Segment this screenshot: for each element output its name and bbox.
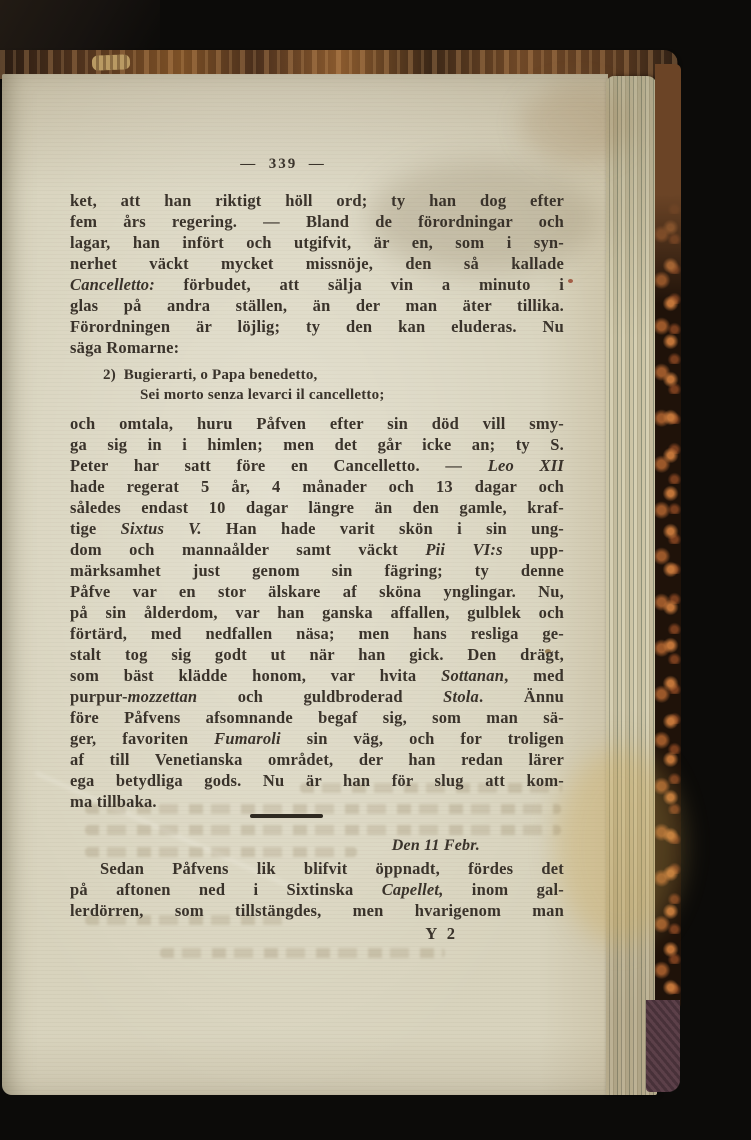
marbled-cover-edge — [655, 64, 681, 1008]
page-fore-edge-stack — [606, 76, 657, 1095]
text-line: ger, favoriten Fumaroli sin väg, och for… — [70, 728, 564, 749]
text-line: märksamhet just genom sin fägring; ty de… — [70, 560, 564, 581]
text-line: Sedan Påfvens lik blifvit öppnadt, förde… — [70, 858, 564, 879]
text-line: som bäst klädde honom, var hvita Sottana… — [70, 665, 564, 686]
text-line: af till Venetianska området, der han red… — [70, 749, 564, 770]
text-line: glas på andra ställen, än der man äter t… — [70, 295, 564, 316]
photograph-of-book: — 339 — ket, att han riktigt höll ord; t… — [0, 0, 751, 1140]
text-block: — 339 — ket, att han riktigt höll ord; t… — [70, 152, 564, 945]
text-line: stalt tog sig godt ut när han gick. Den … — [70, 644, 564, 665]
text-line: purpur-mozzettan och guldbroderad Stola.… — [70, 686, 564, 707]
text-line: ga sig in i himlen; men det går icke an;… — [70, 434, 564, 455]
text-line: således endast 10 dagar längre än den ga… — [70, 497, 564, 518]
paragraph-leo-xii: och omtala, huru Påfven efter sin död vi… — [70, 413, 564, 812]
text-line: lagar, han infört och utgifvit, är en, s… — [70, 232, 564, 253]
book-headband — [92, 54, 131, 70]
text-line: Peter har satt före en Cancelletto. — Le… — [70, 455, 564, 476]
text-line: och omtala, huru Påfven efter sin död vi… — [70, 413, 564, 434]
text-line: fem års regering. — Bland de förordninga… — [70, 211, 564, 232]
text-line: på sin ålderdom, var han ganska affallen… — [70, 602, 564, 623]
book-spine-corner — [0, 0, 160, 54]
text-line: hade regerat 5 år, 4 månader och 13 daga… — [70, 476, 564, 497]
section-divider-rule — [250, 814, 323, 818]
ink-speck — [568, 279, 573, 283]
text-line: säga Romarne: — [70, 337, 564, 358]
text-line: 2) Bugierarti, o Papa benedetto, — [103, 365, 564, 385]
text-line: dom och mannaålder samt väckt Pii VI:s u… — [70, 539, 564, 560]
page-number-header: — 339 — — [70, 152, 496, 176]
text-line: före Påfvens afsomnande begaf sig, som m… — [70, 707, 564, 728]
signature-mark: Y 2 — [70, 923, 564, 945]
text-line: lerdörren, som tillstängdes, men hvarige… — [70, 900, 564, 921]
text-line: Påfve var en stor älskare af sköna yngli… — [70, 581, 564, 602]
text-line: förtärd, med nedfallen näsa; men hans re… — [70, 623, 564, 644]
text-line: Cancelletto: förbudet, att sälja vin a m… — [70, 274, 564, 295]
text-line: nerhet väckt mycket missnöje, den så kal… — [70, 253, 564, 274]
text-line: tige Sixtus V. Han hade varit skön i sin… — [70, 518, 564, 539]
verse-pasquinade: 2) Bugierarti, o Papa benedetto,Sei mort… — [103, 365, 564, 405]
paragraph-cancelletto: ket, att han riktigt höll ord; ty han do… — [70, 190, 564, 358]
show-through-line — [160, 948, 445, 958]
text-line: på aftonen ned i Sixtinska Capellet, ino… — [70, 879, 564, 900]
date-heading: Den 11 Febr. — [70, 836, 564, 856]
text-line: ma tillbaka. — [70, 791, 564, 812]
text-line: ket, att han riktigt höll ord; ty han do… — [70, 190, 564, 211]
cloth-cover-corner — [646, 1000, 680, 1092]
text-line: Sei morto senza levarci il cancelletto; — [140, 385, 564, 405]
paragraph-11-feb: Sedan Påfvens lik blifvit öppnadt, förde… — [70, 858, 564, 921]
text-line: ega betydliga gods. Nu är han för slug a… — [70, 770, 564, 791]
text-line: Förordningen är löjlig; ty den kan elude… — [70, 316, 564, 337]
